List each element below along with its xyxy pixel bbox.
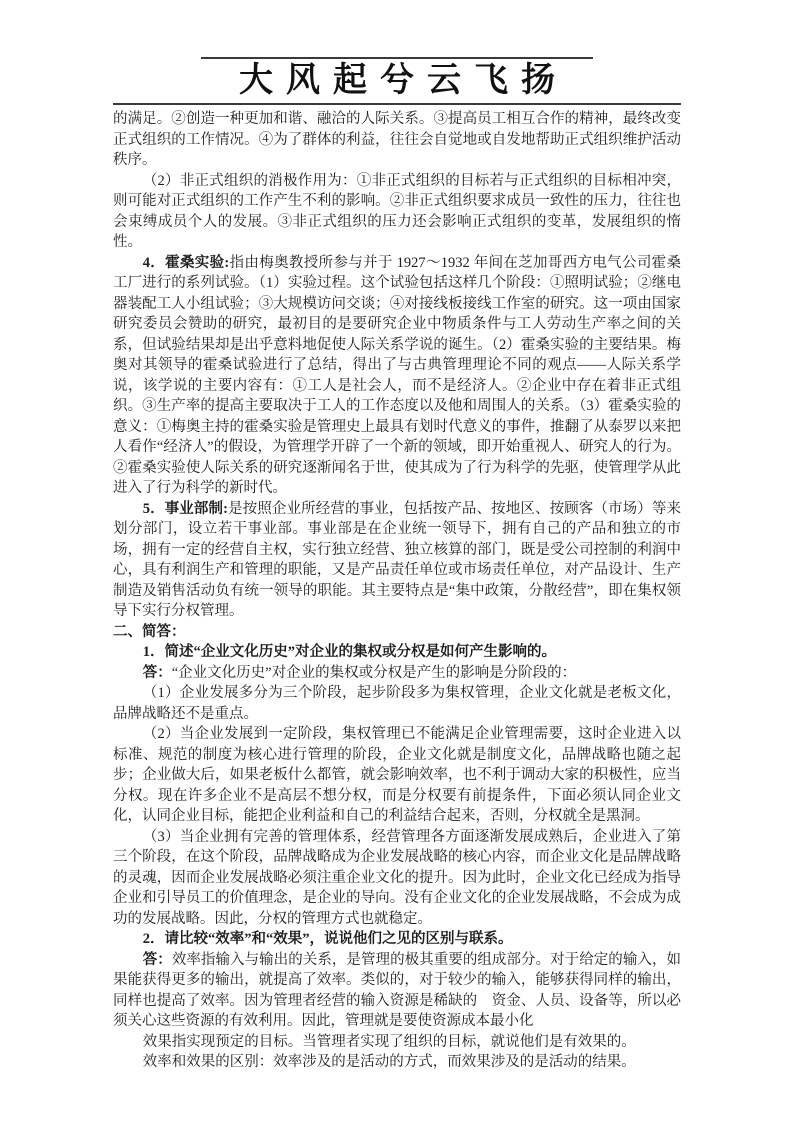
paragraph-label: 2．请比较“效率”和“效果”，说说他们之见的区别与联系。 [143,931,513,947]
para-hawthorne-experiment: 4．霍桑实验:指由梅奥教授所参与并于 1927～1932 年间在芝加哥西方电气公… [113,253,681,499]
paragraph-text: （3）当企业拥有完善的管理体系，经营管理各方面逐渐发展成熟后，企业进入了第三个阶… [113,829,681,927]
para-answer-1-stage-1: （1）企业发展多分为三个阶段，起步阶段多为集权管理，企业文化就是老板文化，品牌战… [113,683,681,724]
paragraph-text: 是按照企业所经营的事业，包括按产品、按地区、按顾客（市场）等来划分部门，设立若干… [113,501,681,620]
para-informal-org-positive-cont: 的满足。②创造一种更加和谐、融洽的人际关系。③提高员工相互合作的精神，最终改变正… [113,109,681,171]
para-answer-2-efficiency: 答：效率指输入与输出的关系，是管理的极其重要的组成部分。对于给定的输入，如果能获… [113,950,681,1032]
para-answer-1-intro: 答：“企业文化历史”对企业的集权或分权是产生的影响是分阶段的： [113,663,681,684]
paragraph-text: （1）企业发展多分为三个阶段，起步阶段多为集权管理，企业文化就是老板文化，品牌战… [113,685,681,722]
paragraph-label: 1．简述“企业文化历史”对企业的集权或分权是如何产生影响的。 [143,644,556,660]
paragraph-text: 指由梅奥教授所参与并于 1927～1932 年间在芝加哥西方电气公司霍桑工厂进行… [113,255,681,497]
paragraph-label: 答： [143,665,172,681]
paragraph-text: 效率和效果的区别：效率涉及的是活动的方式，而效果涉及的是活动的结果。 [143,1054,636,1070]
heading-short-answer-section: 二、简答： [113,622,681,643]
paragraph-text: 效率指输入与输出的关系，是管理的极其重要的组成部分。对于给定的输入，如果能获得更… [113,952,681,1030]
document-body: 的满足。②创造一种更加和谐、融洽的人际关系。③提高员工相互合作的精神，最终改变正… [113,109,681,1073]
paragraph-label: 5．事业部制: [143,501,228,517]
paragraph-text: “企业文化历史”对企业的集权或分权是产生的影响是分阶段的： [172,665,576,681]
para-informal-org-negative: （2）非正式组织的消极作用为：①非正式组织的目标若与正式组织的目标相冲突，则可能… [113,171,681,253]
document-page: 大风起兮云飞扬 的满足。②创造一种更加和谐、融洽的人际关系。③提高员工相互合作的… [0,0,794,1123]
paragraph-text: 的满足。②创造一种更加和谐、融洽的人际关系。③提高员工相互合作的精神，最终改变正… [113,111,681,168]
page-header-title: 大风起兮云飞扬 [113,59,681,101]
paragraph-label: 答： [143,952,172,968]
page-header: 大风起兮云飞扬 [113,57,681,105]
paragraph-label: 二、简答： [113,624,186,640]
para-divisional-system: 5．事业部制:是按照企业所经营的事业，包括按产品、按地区、按顾客（市场）等来划分… [113,499,681,622]
paragraph-text: （2）非正式组织的消极作用为：①非正式组织的目标若与正式组织的目标相冲突，则可能… [113,173,681,251]
paragraph-text: （2）当企业发展到一定阶段，集权管理已不能满足企业管理需要，这时企业进入以标准、… [113,726,681,824]
para-answer-2-effect: 效果指实现预定的目标。当管理者实现了组织的目标，就说他们是有效果的。 [113,1032,681,1053]
para-question-2: 2．请比较“效率”和“效果”，说说他们之见的区别与联系。 [113,929,681,950]
para-answer-1-stage-3: （3）当企业拥有完善的管理体系，经营管理各方面逐渐发展成熟后，企业进入了第三个阶… [113,827,681,930]
paragraph-label: 4．霍桑实验: [143,255,230,271]
paragraph-text: 效果指实现预定的目标。当管理者实现了组织的目标，就说他们是有效果的。 [143,1034,636,1050]
para-answer-1-stage-2: （2）当企业发展到一定阶段，集权管理已不能满足企业管理需要，这时企业进入以标准、… [113,724,681,827]
para-question-1: 1．简述“企业文化历史”对企业的集权或分权是如何产生影响的。 [113,642,681,663]
para-answer-2-difference: 效率和效果的区别：效率涉及的是活动的方式，而效果涉及的是活动的结果。 [113,1052,681,1073]
